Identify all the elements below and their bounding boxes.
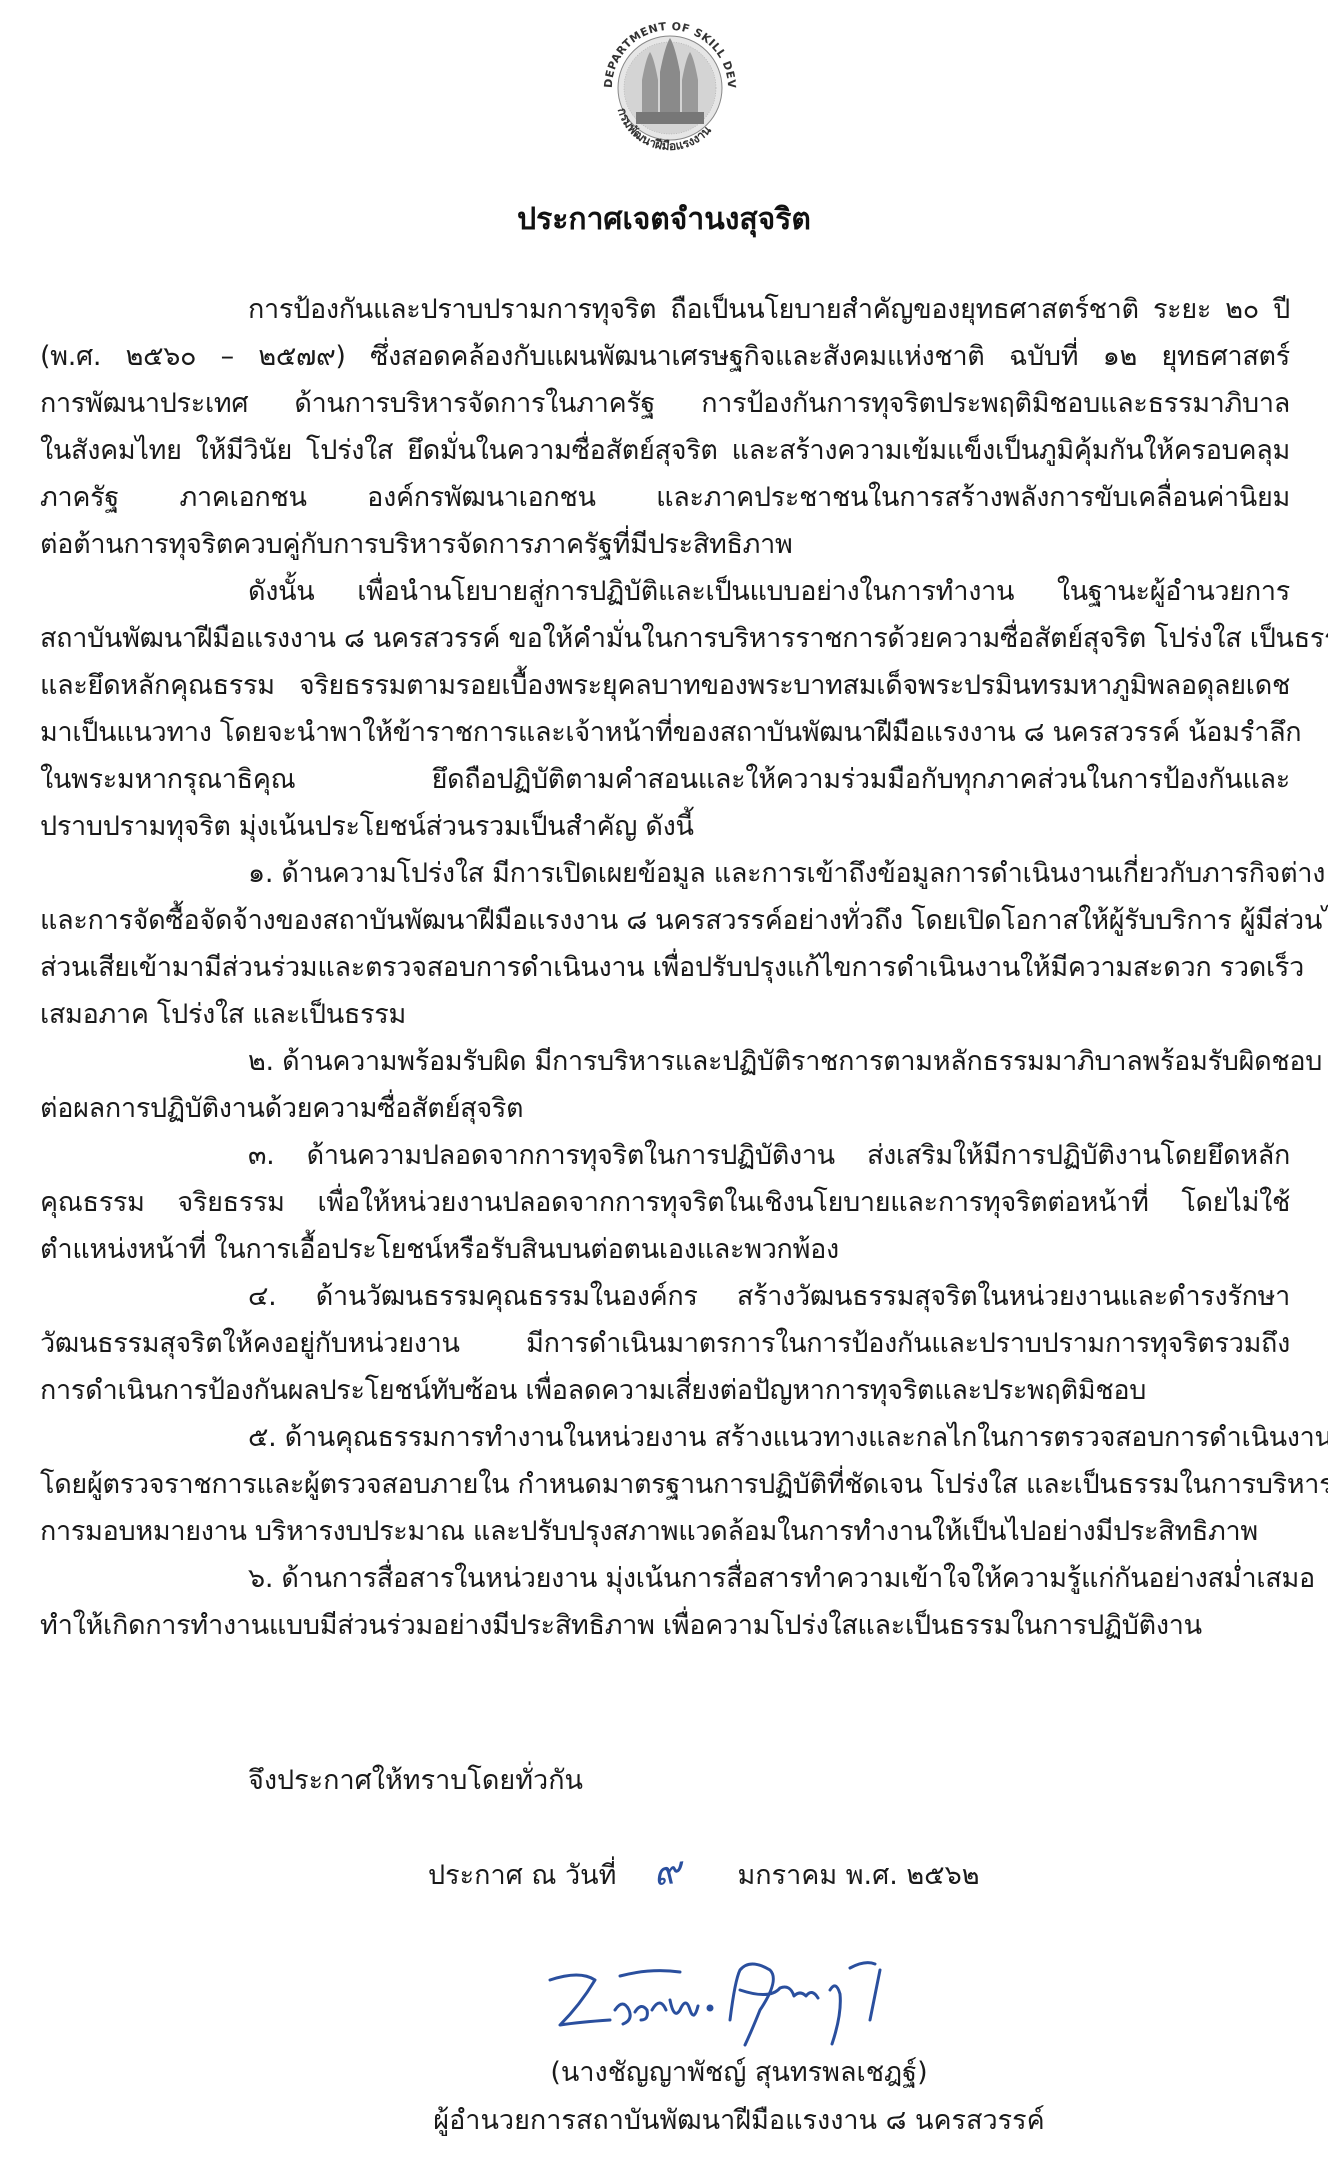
text-line: การมอบหมายงาน บริหารงบประมาณ และปรับปรุง… xyxy=(40,1508,1290,1555)
closing-statement: จึงประกาศให้ทราบโดยทั่วกัน xyxy=(248,1758,583,1801)
text-line: การป้องกันและปราบปรามการทุจริต ถือเป็นนโ… xyxy=(40,286,1290,333)
text-line: ในพระมหากรุณาธิคุณ ยึดถือปฏิบัติตามคำสอน… xyxy=(40,756,1290,803)
list-item-communication: ๖. ด้านการสื่อสารในหน่วยงาน มุ่งเน้นการส… xyxy=(40,1555,1290,1649)
text-line: วัฒนธรรมสุจริตให้คงอยู่กับหน่วยงาน มีการ… xyxy=(40,1320,1290,1367)
announcement-body: การป้องกันและปราบปรามการทุจริต ถือเป็นนโ… xyxy=(40,286,1290,1649)
text-line: ดังนั้น เพื่อนำนโยบายสู่การปฏิบัติและเป็… xyxy=(40,568,1290,615)
text-line: และการจัดซื้อจัดจ้างของสถาบันพัฒนาฝีมือแ… xyxy=(40,897,1290,944)
text-line: การดำเนินการป้องกันผลประโยชน์ทับซ้อน เพื… xyxy=(40,1367,1290,1414)
text-line: และยึดหลักคุณธรรม จริยธรรมตามรอยเบื้องพร… xyxy=(40,662,1290,709)
list-item-work-integrity: ๕. ด้านคุณธรรมการทำงานในหน่วยงาน สร้างแน… xyxy=(40,1414,1290,1555)
signature-icon xyxy=(540,1950,960,2060)
text-line: เสมอภาค โปร่งใส และเป็นธรรม xyxy=(40,991,1290,1038)
text-line: ส่วนเสียเข้ามามีส่วนร่วมและตรวจสอบการดำเ… xyxy=(40,944,1290,991)
department-seal-logo: DEPARTMENT OF SKILL DEVELOPMENT กรมพัฒนา… xyxy=(590,8,750,168)
text-line: ๕. ด้านคุณธรรมการทำงานในหน่วยงาน สร้างแน… xyxy=(40,1414,1290,1461)
text-line: ๓. ด้านความปลอดจากการทุจริตในการปฏิบัติง… xyxy=(40,1132,1290,1179)
text-line: ทำให้เกิดการทำงานแบบมีส่วนร่วมอย่างมีประ… xyxy=(40,1602,1290,1649)
signatory-name: (นางชัญญาพัชญ์ สุนทรพลเชฎฐ์) xyxy=(0,2050,1328,2093)
text-line: ต่อต้านการทุจริตควบคู่กับการบริหารจัดการ… xyxy=(40,521,1290,568)
announcement-date: ประกาศ ณ วันที่ ๙ มกราคม พ.ศ. ๒๕๖๒ xyxy=(428,1840,980,1901)
paragraph-commitment: ดังนั้น เพื่อนำนโยบายสู่การปฏิบัติและเป็… xyxy=(40,568,1290,850)
paragraph-intro: การป้องกันและปราบปรามการทุจริต ถือเป็นนโ… xyxy=(40,286,1290,568)
list-item-transparency: ๑. ด้านความโปร่งใส มีการเปิดเผยข้อมูล แล… xyxy=(40,850,1290,1038)
signatory-position: ผู้อำนวยการสถาบันพัฒนาฝีมือแรงงาน ๘ นครส… xyxy=(0,2098,1328,2141)
list-item-corruption-free: ๓. ด้านความปลอดจากการทุจริตในการปฏิบัติง… xyxy=(40,1132,1290,1273)
date-day-handwritten: ๙ xyxy=(650,1839,684,1903)
document-title: ประกาศเจตจำนงสุจริต xyxy=(0,196,1328,243)
date-month-year: มกราคม พ.ศ. ๒๕๖๒ xyxy=(737,1860,979,1891)
text-line: โดยผู้ตรวจราชการและผู้ตรวจสอบภายใน กำหนด… xyxy=(40,1461,1290,1508)
text-line: คุณธรรม จริยธรรม เพื่อให้หน่วยงานปลอดจาก… xyxy=(40,1179,1290,1226)
text-line: การพัฒนาประเทศ ด้านการบริหารจัดการในภาคร… xyxy=(40,380,1290,427)
text-line: ต่อผลการปฏิบัติงานด้วยความซื่อสัตย์สุจริ… xyxy=(40,1085,1290,1132)
date-prefix: ประกาศ ณ วันที่ xyxy=(428,1860,616,1891)
text-line: มาเป็นแนวทาง โดยจะนำพาให้ข้าราชการและเจ้… xyxy=(40,709,1290,756)
text-line: ๒. ด้านความพร้อมรับผิด มีการบริหารและปฏิ… xyxy=(40,1038,1290,1085)
text-line: ๔. ด้านวัฒนธรรมคุณธรรมในองค์กร สร้างวัฒน… xyxy=(40,1273,1290,1320)
list-item-integrity-culture: ๔. ด้านวัฒนธรรมคุณธรรมในองค์กร สร้างวัฒน… xyxy=(40,1273,1290,1414)
list-item-accountability: ๒. ด้านความพร้อมรับผิด มีการบริหารและปฏิ… xyxy=(40,1038,1290,1132)
text-line: ตำแหน่งหน้าที่ ในการเอื้อประโยชน์หรือรับ… xyxy=(40,1226,1290,1273)
handwritten-signature xyxy=(540,1950,960,2060)
text-line: สถาบันพัฒนาฝีมือแรงงาน ๘ นครสวรรค์ ขอให้… xyxy=(40,615,1290,662)
text-line: ๖. ด้านการสื่อสารในหน่วยงาน มุ่งเน้นการส… xyxy=(40,1555,1290,1602)
text-line: ภาครัฐ ภาคเอกชน องค์กรพัฒนาเอกชน และภาคป… xyxy=(40,474,1290,521)
text-line: ปราบปรามทุจริต มุ่งเน้นประโยชน์ส่วนรวมเป… xyxy=(40,803,1290,850)
seal-emblem-icon: DEPARTMENT OF SKILL DEVELOPMENT กรมพัฒนา… xyxy=(590,8,750,168)
text-line: ๑. ด้านความโปร่งใส มีการเปิดเผยข้อมูล แล… xyxy=(40,850,1290,897)
text-line: ในสังคมไทย ให้มีวินัย โปร่งใส ยึดมั่นในค… xyxy=(40,427,1290,474)
text-line: (พ.ศ. ๒๕๖๐ – ๒๕๗๙) ซึ่งสอดคล้องกับแผนพัฒ… xyxy=(40,333,1290,380)
